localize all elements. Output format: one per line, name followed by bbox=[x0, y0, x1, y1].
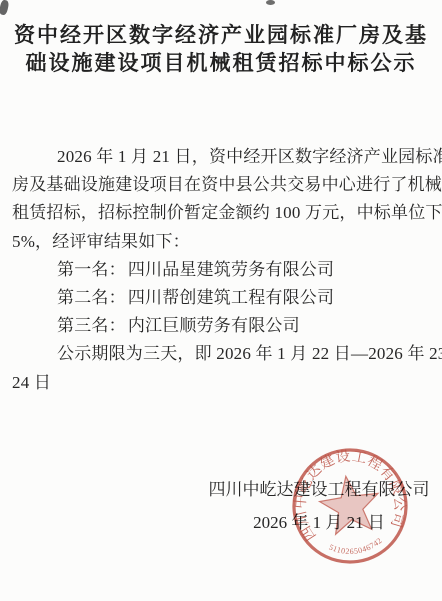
notice-period-line: 24 日 bbox=[12, 369, 438, 397]
ranking-row: 第二名：四川帮创建筑工程有限公司 bbox=[12, 284, 438, 312]
signature-block: 四川中屹达建设工程有限公司 2026 年 1 月 21 日 bbox=[206, 479, 432, 534]
svg-text:5110265046742: 5110265046742 bbox=[326, 535, 385, 559]
scan-artifact bbox=[0, 0, 9, 16]
signature-date: 2026 年 1 月 21 日 bbox=[206, 512, 432, 534]
ranking-row: 第三名：内江巨顺劳务有限公司 bbox=[12, 312, 438, 340]
paragraph-line: 租赁招标，招标控制价暂定金额约 100 万元，中标单位下浮 bbox=[12, 199, 438, 227]
notice-period-line: 公示期限为三天，即 2026 年 1 月 22 日—2026 年 23 月 bbox=[12, 340, 438, 368]
rank-label: 第二名： bbox=[57, 288, 126, 307]
paragraph-line: 2026 年 1 月 21 日，资中经开区数字经济产业园标准厂 bbox=[12, 143, 438, 171]
paragraph-line: 5%，经评审结果如下： bbox=[12, 228, 438, 256]
title-line: 础设施建设项目机械租赁招标中标公示 bbox=[0, 49, 442, 77]
signature-company: 四川中屹达建设工程有限公司 bbox=[206, 479, 432, 501]
rank-company: 内江巨顺劳务有限公司 bbox=[128, 316, 300, 335]
document-page: 资中经开区数字经济产业园标准厂房及基 础设施建设项目机械租赁招标中标公示 202… bbox=[0, 0, 442, 601]
rank-company: 四川品星建筑劳务有限公司 bbox=[128, 260, 334, 279]
seal-number: 5110265046742 bbox=[326, 535, 385, 559]
title-line: 资中经开区数字经济产业园标准厂房及基 bbox=[0, 21, 442, 49]
ranking-row: 第一名：四川品星建筑劳务有限公司 bbox=[12, 256, 438, 284]
rank-company: 四川帮创建筑工程有限公司 bbox=[128, 288, 334, 307]
rank-label: 第一名： bbox=[57, 260, 126, 279]
scan-artifact bbox=[266, 0, 275, 5]
paragraph-line: 房及基础设施建设项目在资中县公共交易中心进行了机械 bbox=[12, 171, 438, 199]
document-title: 资中经开区数字经济产业园标准厂房及基 础设施建设项目机械租赁招标中标公示 bbox=[0, 21, 442, 77]
document-body: 2026 年 1 月 21 日，资中经开区数字经济产业园标准厂 房及基础设施建设… bbox=[12, 143, 438, 397]
rank-label: 第三名： bbox=[57, 316, 126, 335]
